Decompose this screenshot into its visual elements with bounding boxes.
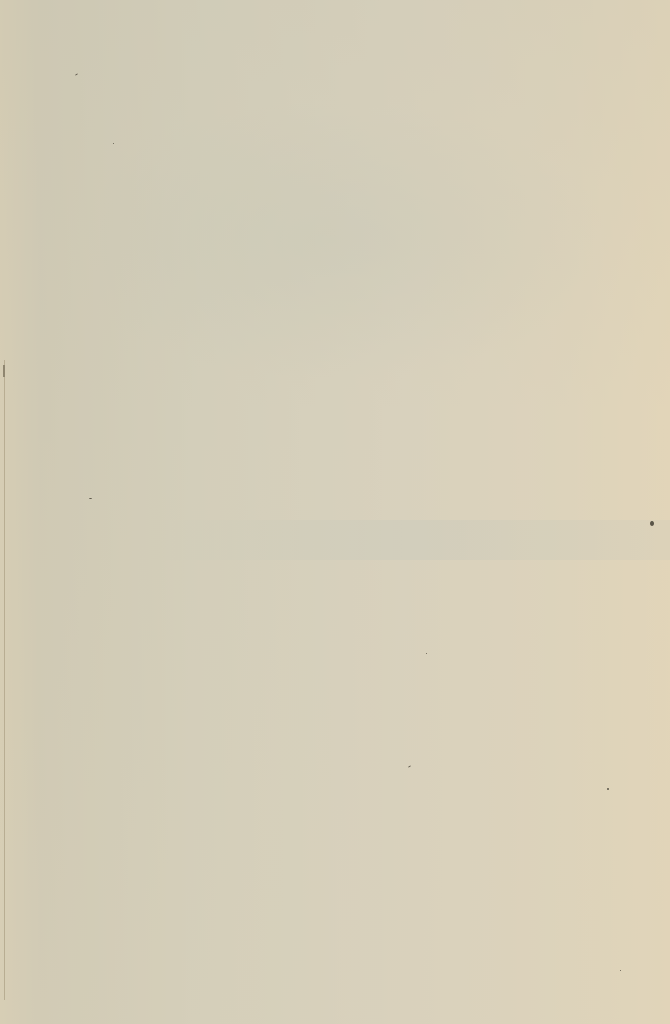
speck bbox=[89, 498, 92, 499]
binding-mark bbox=[3, 365, 5, 377]
speck bbox=[408, 765, 411, 767]
bleed-through-line bbox=[150, 520, 670, 560]
speck bbox=[620, 970, 621, 971]
speck bbox=[607, 788, 609, 790]
speck bbox=[426, 653, 427, 654]
speck bbox=[113, 143, 114, 144]
speck bbox=[75, 73, 78, 75]
bleed-through-region bbox=[100, 100, 610, 380]
speck bbox=[650, 521, 654, 526]
blank-page bbox=[0, 0, 670, 1024]
binding-edge bbox=[4, 360, 5, 1000]
